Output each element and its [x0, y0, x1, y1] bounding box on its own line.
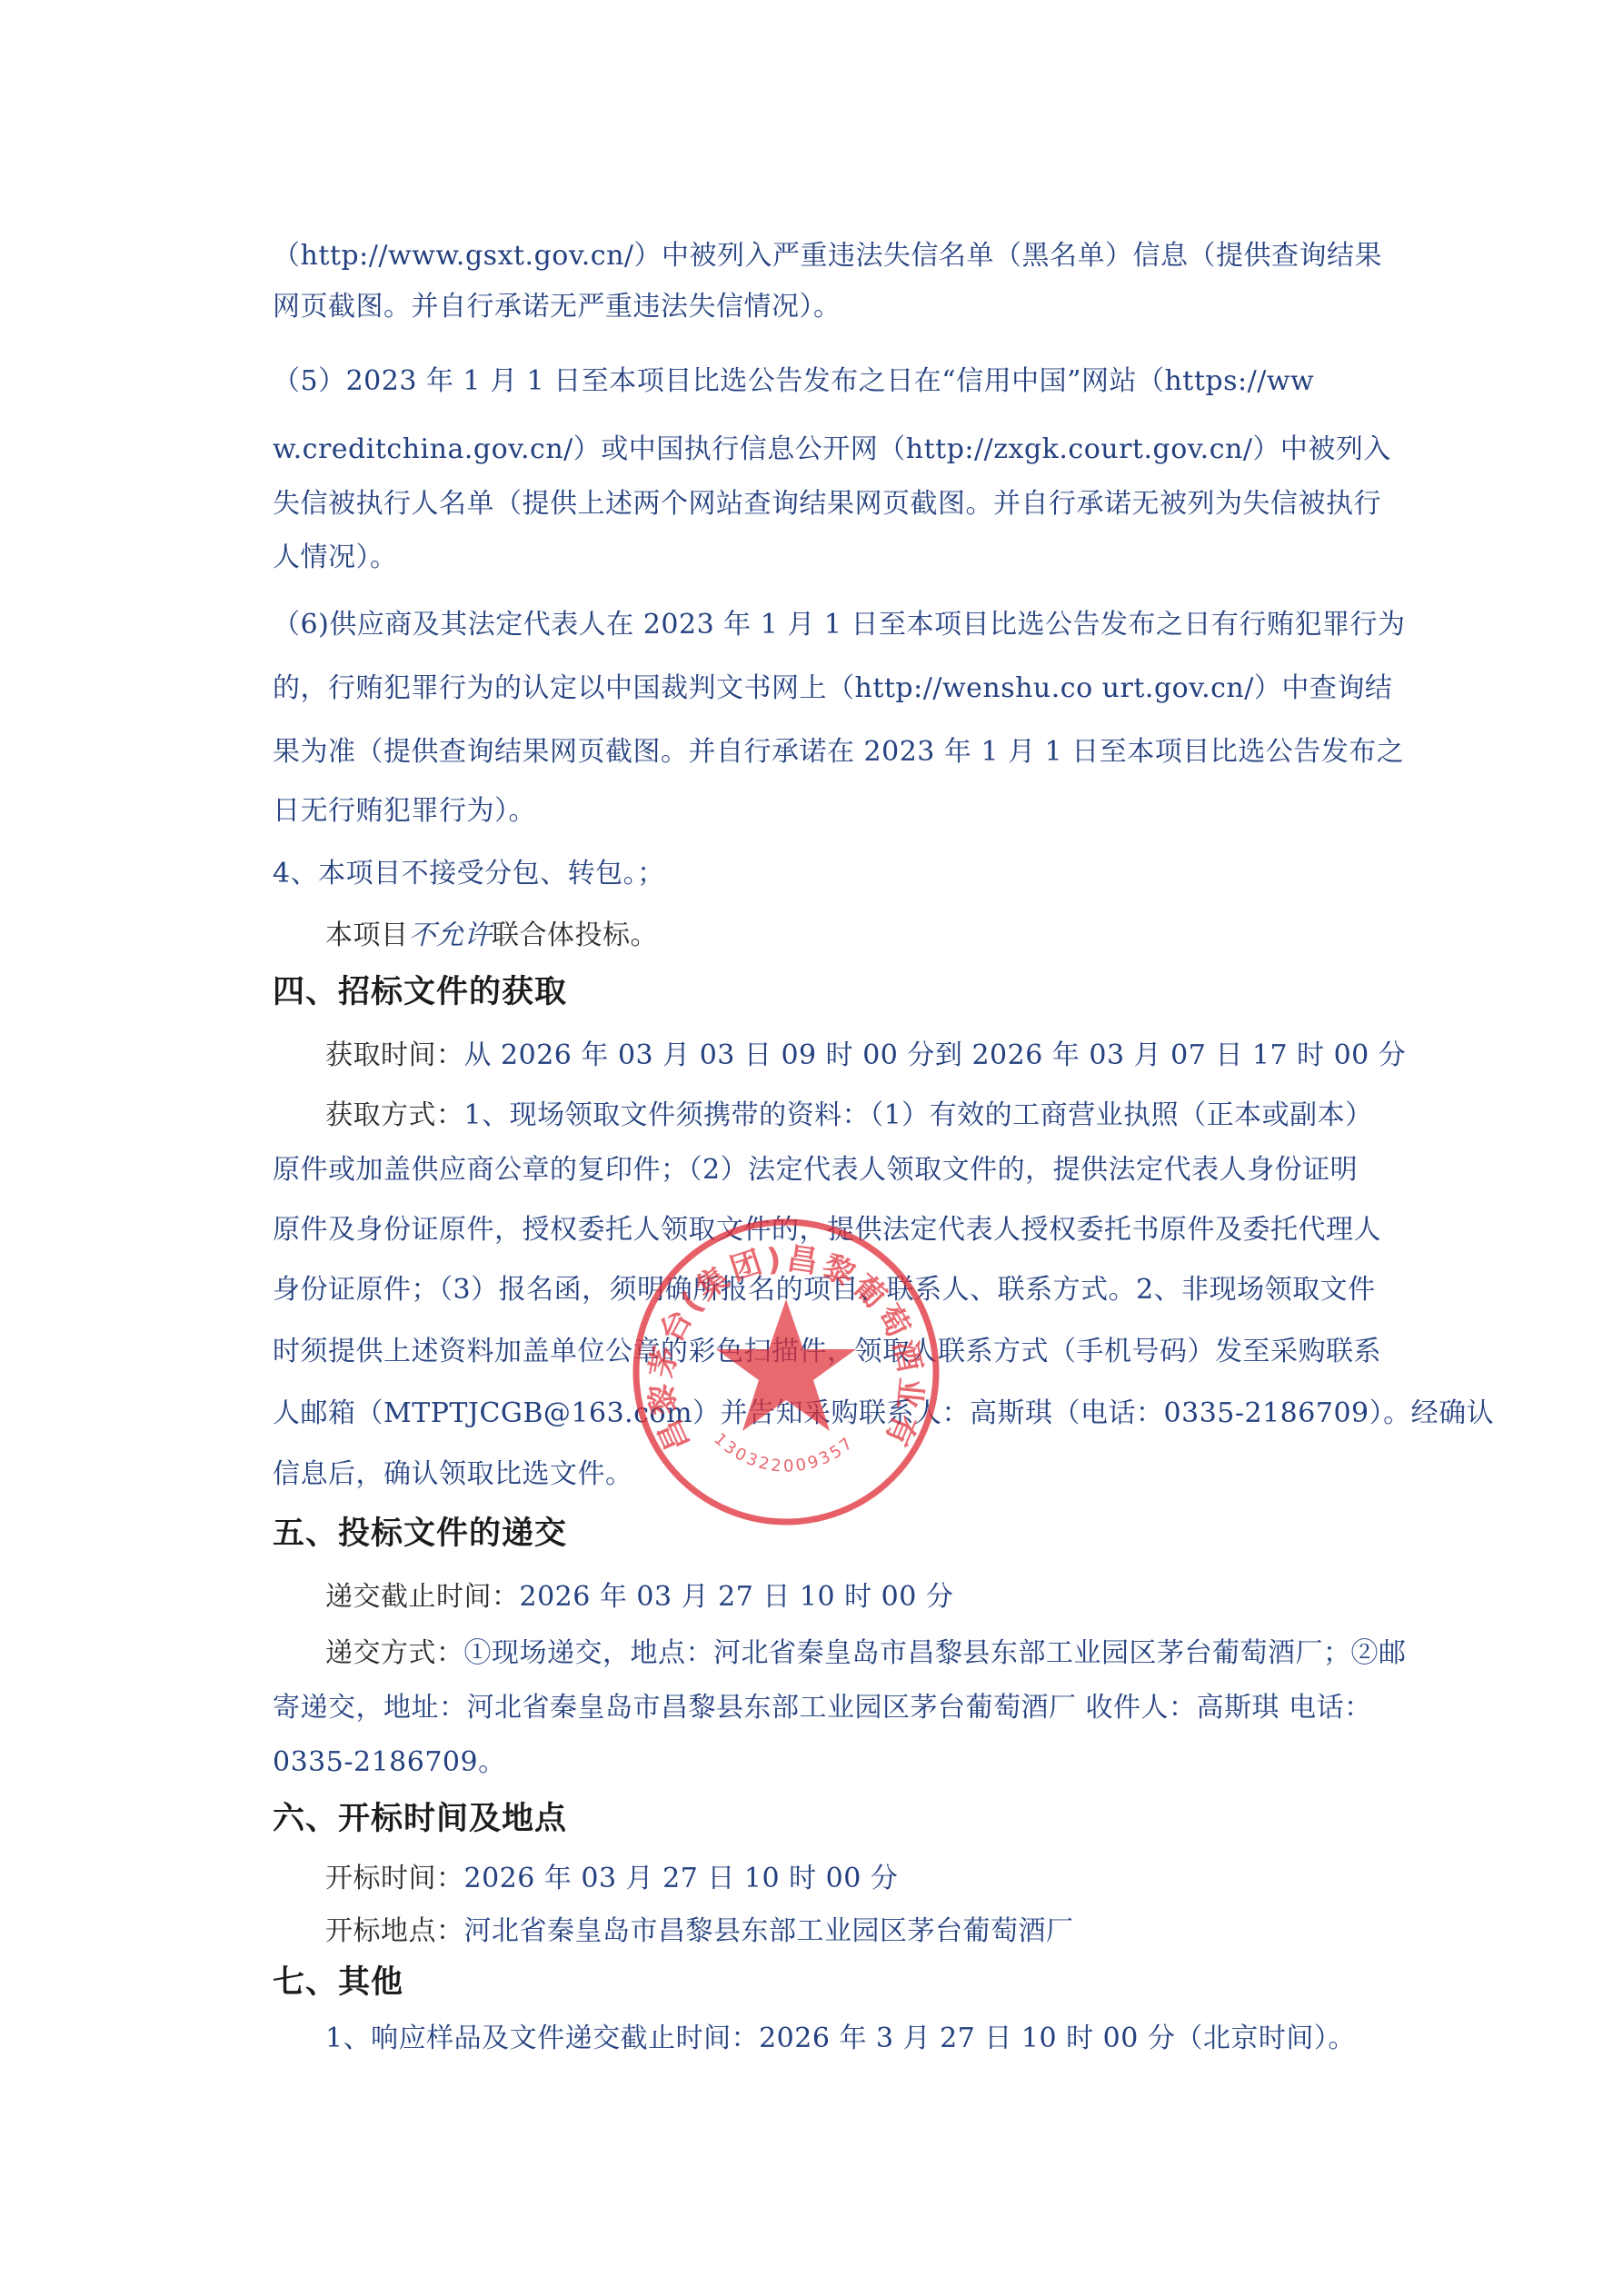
text-line: 4、本项目不接受分包、转包。；: [273, 856, 1354, 892]
section-heading-6: 六、开标时间及地点: [273, 1799, 567, 1839]
obtain-time: 获取时间：从 2026 年 03 月 03 日 09 时 00 分到 2026 …: [325, 1038, 1407, 1074]
section-heading-7: 七、其他: [273, 1963, 403, 2003]
text-line: 果为准（提供查询结果网页截图。并自行承诺在 2023 年 1 月 1 日至本项目…: [273, 734, 1354, 770]
obtain-method-line: 原件或加盖供应商公章的复印件；（2）法定代表人领取文件的，提供法定代表人身份证明: [273, 1152, 1354, 1188]
consortium-note: 本项目不允许联合体投标。: [325, 918, 1407, 954]
opening-place-label: 开标地点：: [325, 1915, 464, 1947]
submit-method-label: 递交方式：: [325, 1637, 464, 1669]
section-heading-4: 四、招标文件的获取: [273, 972, 567, 1012]
opening-time: 开标时间：2026 年 03 月 27 日 10 时 00 分: [325, 1861, 1407, 1897]
consortium-prefix: 本项目: [325, 919, 409, 951]
submit-deadline-label: 递交截止时间：: [325, 1581, 520, 1613]
obtain-method-line: 人邮箱（MTPTJCGB@163.com）并告知采购联系人：高斯琪（电话：033…: [273, 1396, 1354, 1432]
consortium-emphasis: 不允许: [409, 919, 493, 951]
submit-method-line: 寄递交，地址：河北省秦皇岛市昌黎县东部工业园区茅台葡萄酒厂 收件人：高斯琪 电话…: [273, 1690, 1354, 1726]
other-item: 1、响应样品及文件递交截止时间：2026 年 3 月 27 日 10 时 00 …: [325, 2021, 1407, 2057]
submit-method: 递交方式：①现场递交，地点：河北省秦皇岛市昌黎县东部工业园区茅台葡萄酒厂；②邮: [325, 1635, 1407, 1672]
document-page: （http://www.gsxt.gov.cn/）中被列入严重违法失信名单（黑名…: [0, 0, 1623, 2296]
opening-time-label: 开标时间：: [325, 1863, 464, 1894]
obtain-method-line: 信息后，确认领取比选文件。: [273, 1456, 1354, 1493]
submit-deadline: 递交截止时间：2026 年 03 月 27 日 10 时 00 分: [325, 1579, 1407, 1615]
obtain-method: 获取方式：1、现场领取文件须携带的资料：（1）有效的工商营业执照（正本或副本）: [325, 1098, 1407, 1134]
text-line: 网页截图。并自行承诺无严重违法失信情况）。: [273, 289, 1354, 325]
consortium-suffix: 联合体投标。: [492, 919, 658, 951]
obtain-time-value: 从 2026 年 03 月 03 日 09 时 00 分到 2026 年 03 …: [464, 1039, 1407, 1071]
text-line: （6)供应商及其法定代表人在 2023 年 1 月 1 日至本项目比选公告发布之…: [273, 607, 1354, 643]
obtain-method-line: 身份证原件；（3）报名函，须明确所报名的项目、联系人、联系方式。2、非现场领取文…: [273, 1272, 1354, 1308]
text-line: 人情况）。: [273, 540, 1354, 576]
obtain-time-label: 获取时间：: [325, 1039, 464, 1071]
obtain-method-line: 时须提供上述资料加盖单位公章的彩色扫描件，领取人联系方式（手机号码）发至采购联系: [273, 1334, 1354, 1370]
text-line: （http://www.gsxt.gov.cn/）中被列入严重违法失信名单（黑名…: [273, 238, 1354, 274]
text-line: w.creditchina.gov.cn/）或中国执行信息公开网（http://…: [273, 432, 1354, 468]
opening-place-value: 河北省秦皇岛市昌黎县东部工业园区茅台葡萄酒厂: [464, 1915, 1074, 1947]
obtain-method-line: 原件及身份证原件，授权委托人领取文件的，提供法定代表人授权委托书原件及委托代理人: [273, 1212, 1354, 1248]
submit-deadline-value: 2026 年 03 月 27 日 10 时 00 分: [520, 1581, 954, 1613]
text-line: 日无行贿犯罪行为）。: [273, 793, 1354, 830]
opening-place: 开标地点：河北省秦皇岛市昌黎县东部工业园区茅台葡萄酒厂: [325, 1913, 1407, 1950]
obtain-method-line: 1、现场领取文件须携带的资料：（1）有效的工商营业执照（正本或副本）: [464, 1099, 1373, 1131]
submit-method-line: 0335-2186709。: [273, 1744, 1354, 1781]
submit-method-line: ①现场递交，地点：河北省秦皇岛市昌黎县东部工业园区茅台葡萄酒厂；②邮: [464, 1637, 1407, 1669]
opening-time-value: 2026 年 03 月 27 日 10 时 00 分: [464, 1863, 899, 1894]
obtain-method-label: 获取方式：: [325, 1099, 464, 1131]
section-heading-5: 五、投标文件的递交: [273, 1514, 567, 1554]
text-line: 的，行贿犯罪行为的认定以中国裁判文书网上（http://wenshu.co ur…: [273, 671, 1354, 707]
text-line: 失信被执行人名单（提供上述两个网站查询结果网页截图。并自行承诺无被列为失信被执行: [273, 486, 1354, 522]
text-line: （5）2023 年 1 月 1 日至本项目比选公告发布之日在“信用中国”网站（h…: [273, 363, 1354, 400]
